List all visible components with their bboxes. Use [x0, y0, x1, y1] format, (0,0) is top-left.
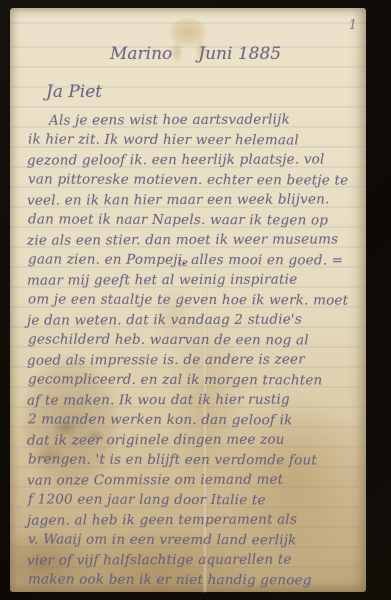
letter-line: veel. en ik kan hier maar een week blijv… — [27, 189, 360, 210]
letter-line: ik hier zit. Ik word hier weer helemaal — [28, 129, 361, 150]
letter-heading: Marino Juni 1885 — [110, 44, 281, 64]
letter-line: gecompliceerd. en zal ik morgen trachten — [28, 369, 361, 390]
letter-sheet: 1 Marino Juni 1885 Ja Piet Als je eens w… — [10, 8, 366, 592]
letter-line: jagen. al heb ik geen temperament als — [27, 509, 360, 530]
page-number: 1 — [349, 18, 357, 33]
letter-scan: 1 Marino Juni 1885 Ja Piet Als je eens w… — [0, 0, 391, 600]
letter-line: van onze Commissie om iemand met — [27, 469, 360, 490]
letter-line: van pittoreske motieven. echter een beet… — [28, 169, 361, 190]
letter-line: brengen. 't is en blijft een verdomde fo… — [28, 449, 361, 470]
letter-line: om je een staaltje te geven hoe ik werk.… — [28, 289, 361, 310]
letter-line: Als je eens wist hoe aartsvaderlijk — [27, 109, 360, 130]
letter-line: v. Waaij om in een vreemd land eerlijk — [28, 529, 361, 550]
letter-line: maken ook ben ik er niet handig genoeg — [28, 569, 361, 590]
letter-body: Als je eens wist hoe aartsvaderlijk ik h… — [27, 110, 360, 590]
letter-line: dan moet ik naar Napels. waar ik tegen o… — [28, 209, 361, 230]
letter-line: maar mij geeft het al weinig inspiratie — [27, 269, 360, 290]
letter-line: gezond geloof ik. een heerlijk plaatsje.… — [27, 149, 360, 170]
letter-line: af te maken. Ik wou dat ik hier rustig — [27, 389, 360, 410]
letter-line: goed als impressie is. de andere is zeer — [27, 349, 360, 370]
letter-line: zie als een stier. dan moet ik weer muse… — [27, 229, 360, 250]
letter-line: geschilderd heb. waarvan de een nog al — [28, 329, 361, 350]
letter-line: je dan weten. dat ik vandaag 2 studie's — [27, 309, 360, 330]
heading-date: Juni 1885 — [198, 44, 281, 64]
letter-line: dat ik zeer originele dingen mee zou — [27, 429, 360, 450]
interline-insertion: te — [178, 258, 188, 269]
letter-line: vier of vijf halfslachtige aquarellen te — [27, 549, 360, 570]
letter-line: gaan zien. en Pompeji. alles mooi en goe… — [28, 249, 361, 270]
letter-line: f 1200 een jaar lang door Italie te — [28, 489, 361, 510]
heading-place: Marino — [110, 44, 172, 64]
letter-line: 2 maanden werken kon. dan geloof ik — [28, 409, 361, 430]
salutation: Ja Piet — [46, 82, 102, 102]
